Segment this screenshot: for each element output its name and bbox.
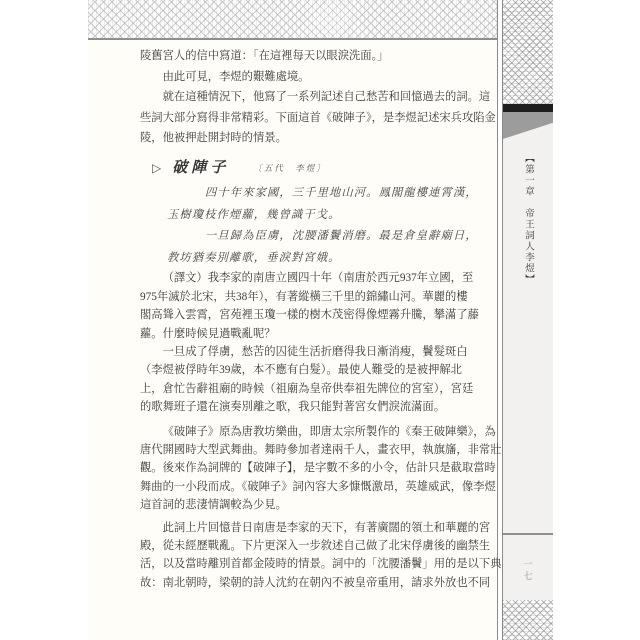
- text-line: 陵，他被押赴開封時的情景。: [140, 128, 492, 149]
- text-line: 舞曲的一小段而成。《破陣子》詞內容大多慷慨激昂，英雄威武，像李煜: [140, 478, 492, 496]
- analysis-paragraph: 此詞上片回憶昔日南唐是李家的天下，有著廣闊的領土和華麗的宮殿，從未經歷戰亂。下片…: [140, 519, 492, 593]
- text-line: 觀。後來作為詞牌的【破陣子】，是字數不多的小令，估計只是截取當時: [140, 459, 492, 477]
- sidebar-fretwork-bottom: [503, 600, 553, 640]
- text-column: 陵舊宮人的信中寫道：「在這裡每天以眼淚洗面。」由此可見，李煜的艱難處境。就在這種…: [140, 46, 492, 592]
- text-line: 就在這種情況下，他寫了一系列記述自己愁苦和回憶過去的詞。這: [140, 87, 492, 108]
- text-line: 一旦歸為臣虜，沈腰潘鬢消磨。最是倉皇辭廟日，: [167, 226, 492, 248]
- text-line: 這首詞的悲淒情調較為少見。: [140, 496, 492, 514]
- page-number-box: 一七: [503, 535, 553, 600]
- text-line: 由此可見，李煜的艱難處境。: [140, 67, 492, 88]
- sidebar-wedge: [503, 112, 553, 139]
- text-line: 此詞上片回憶昔日南唐是李家的天下，有著廣闊的領土和華麗的宮: [140, 519, 492, 537]
- text-line: 的歌舞班子還在演奏別離之歌，我只能對著宮女們淚流滿面。: [140, 398, 492, 416]
- text-line: （譯文）我李家的南唐立國四十年（南唐於西元937年立國，至: [140, 269, 492, 287]
- text-line: 一旦成了俘虜，愁苦的囚徒生活折磨得我日漸消瘦，鬢髮斑白: [140, 343, 492, 361]
- text-line: 玉樹瓊枝作煙蘿，幾曾識干戈。: [167, 205, 492, 227]
- intro-paragraph: 陵舊宮人的信中寫道：「在這裡每天以眼淚洗面。」由此可見，李煜的艱難處境。就在這種…: [140, 46, 492, 149]
- text-line: 975年滅於北宋，共38年），有著縱橫三千里的錦繡山河。華麗的樓: [140, 288, 492, 306]
- text-line: 些詞大部分寫得非常精彩。下面這首《破陣子》，是李煜記述宋兵攻陷金: [140, 108, 492, 129]
- triangle-bullet-icon: ▷: [152, 162, 161, 174]
- text-line: 《破陣子》原為唐教坊樂曲，即唐太宗所製作的《秦王破陣樂》，為: [140, 423, 492, 441]
- chapter-tab: 【第一章 帝王詞人李煜】: [503, 112, 553, 533]
- sidebar-black-bar: [503, 104, 553, 112]
- text-line: 故：南北朝時，梁朝的詩人沈約在朝內不被皇帝重用，請求外放也不同: [140, 574, 492, 592]
- poem-title: 破陣子: [172, 159, 229, 177]
- text-line: 蘿。什麼時候見過戰亂呢？: [140, 325, 492, 343]
- text-line: 教坊猶奏別離歌，垂淚對宮娥。: [167, 248, 492, 270]
- poem-header: ▷ 破陣子 〔五代 李煜〕: [140, 157, 492, 179]
- text-line: 活，以及當時離別首都金陵時的情景。詞中的「沈腰潘鬢」用的是以下典: [140, 555, 492, 573]
- text-line: 閣高聳入雲霄，宮苑裡玉瓊一樣的樹木茂密得像煙霧升騰，攀滿了藤: [140, 306, 492, 324]
- chapter-title: 【第一章 帝王詞人李煜】: [521, 153, 535, 285]
- translation-paragraph: （譯文）我李家的南唐立國四十年（南唐於西元937年立國，至975年滅於北宋，共3…: [140, 269, 492, 416]
- page-number: 一七: [522, 559, 535, 583]
- text-line: 上，倉忙告辭祖廟的時候（祖廟為皇帝供奉祖先牌位的宮室），宮廷: [140, 380, 492, 398]
- poem-text: 四十年來家國，三千里地山河。鳳閣龍樓連霄漢，玉樹瓊枝作煙蘿，幾曾識干戈。一旦歸為…: [167, 183, 492, 269]
- text-line: 陵舊宮人的信中寫道：「在這裡每天以眼淚洗面。」: [140, 46, 492, 67]
- chapter-sidebar: 【第一章 帝王詞人李煜】 一七: [502, 0, 553, 640]
- text-line: （李煜被俘時年39歲，本不應有白髮）。最使人難受的是被押解北: [140, 361, 492, 379]
- page-vertical-rule: [497, 0, 498, 640]
- sidebar-fretwork-top: [503, 0, 553, 104]
- top-fretwork-band: [88, 0, 497, 40]
- tune-note-paragraph: 《破陣子》原為唐教坊樂曲，即唐太宗所製作的《秦王破陣樂》，為唐代開國時大型武舞曲…: [140, 423, 492, 515]
- text-line: 唐代開國時大型武舞曲。舞時參加者達兩千人，畫衣甲，執旗旛，非常壯: [140, 441, 492, 459]
- text-line: 殿，從未經歷戰亂。下片更深入一步敘述自己做了北宋俘虜後的幽禁生: [140, 537, 492, 555]
- text-line: 四十年來家國，三千里地山河。鳳閣龍樓連霄漢，: [167, 183, 492, 205]
- poem-attribution: 〔五代 李煜〕: [253, 159, 327, 177]
